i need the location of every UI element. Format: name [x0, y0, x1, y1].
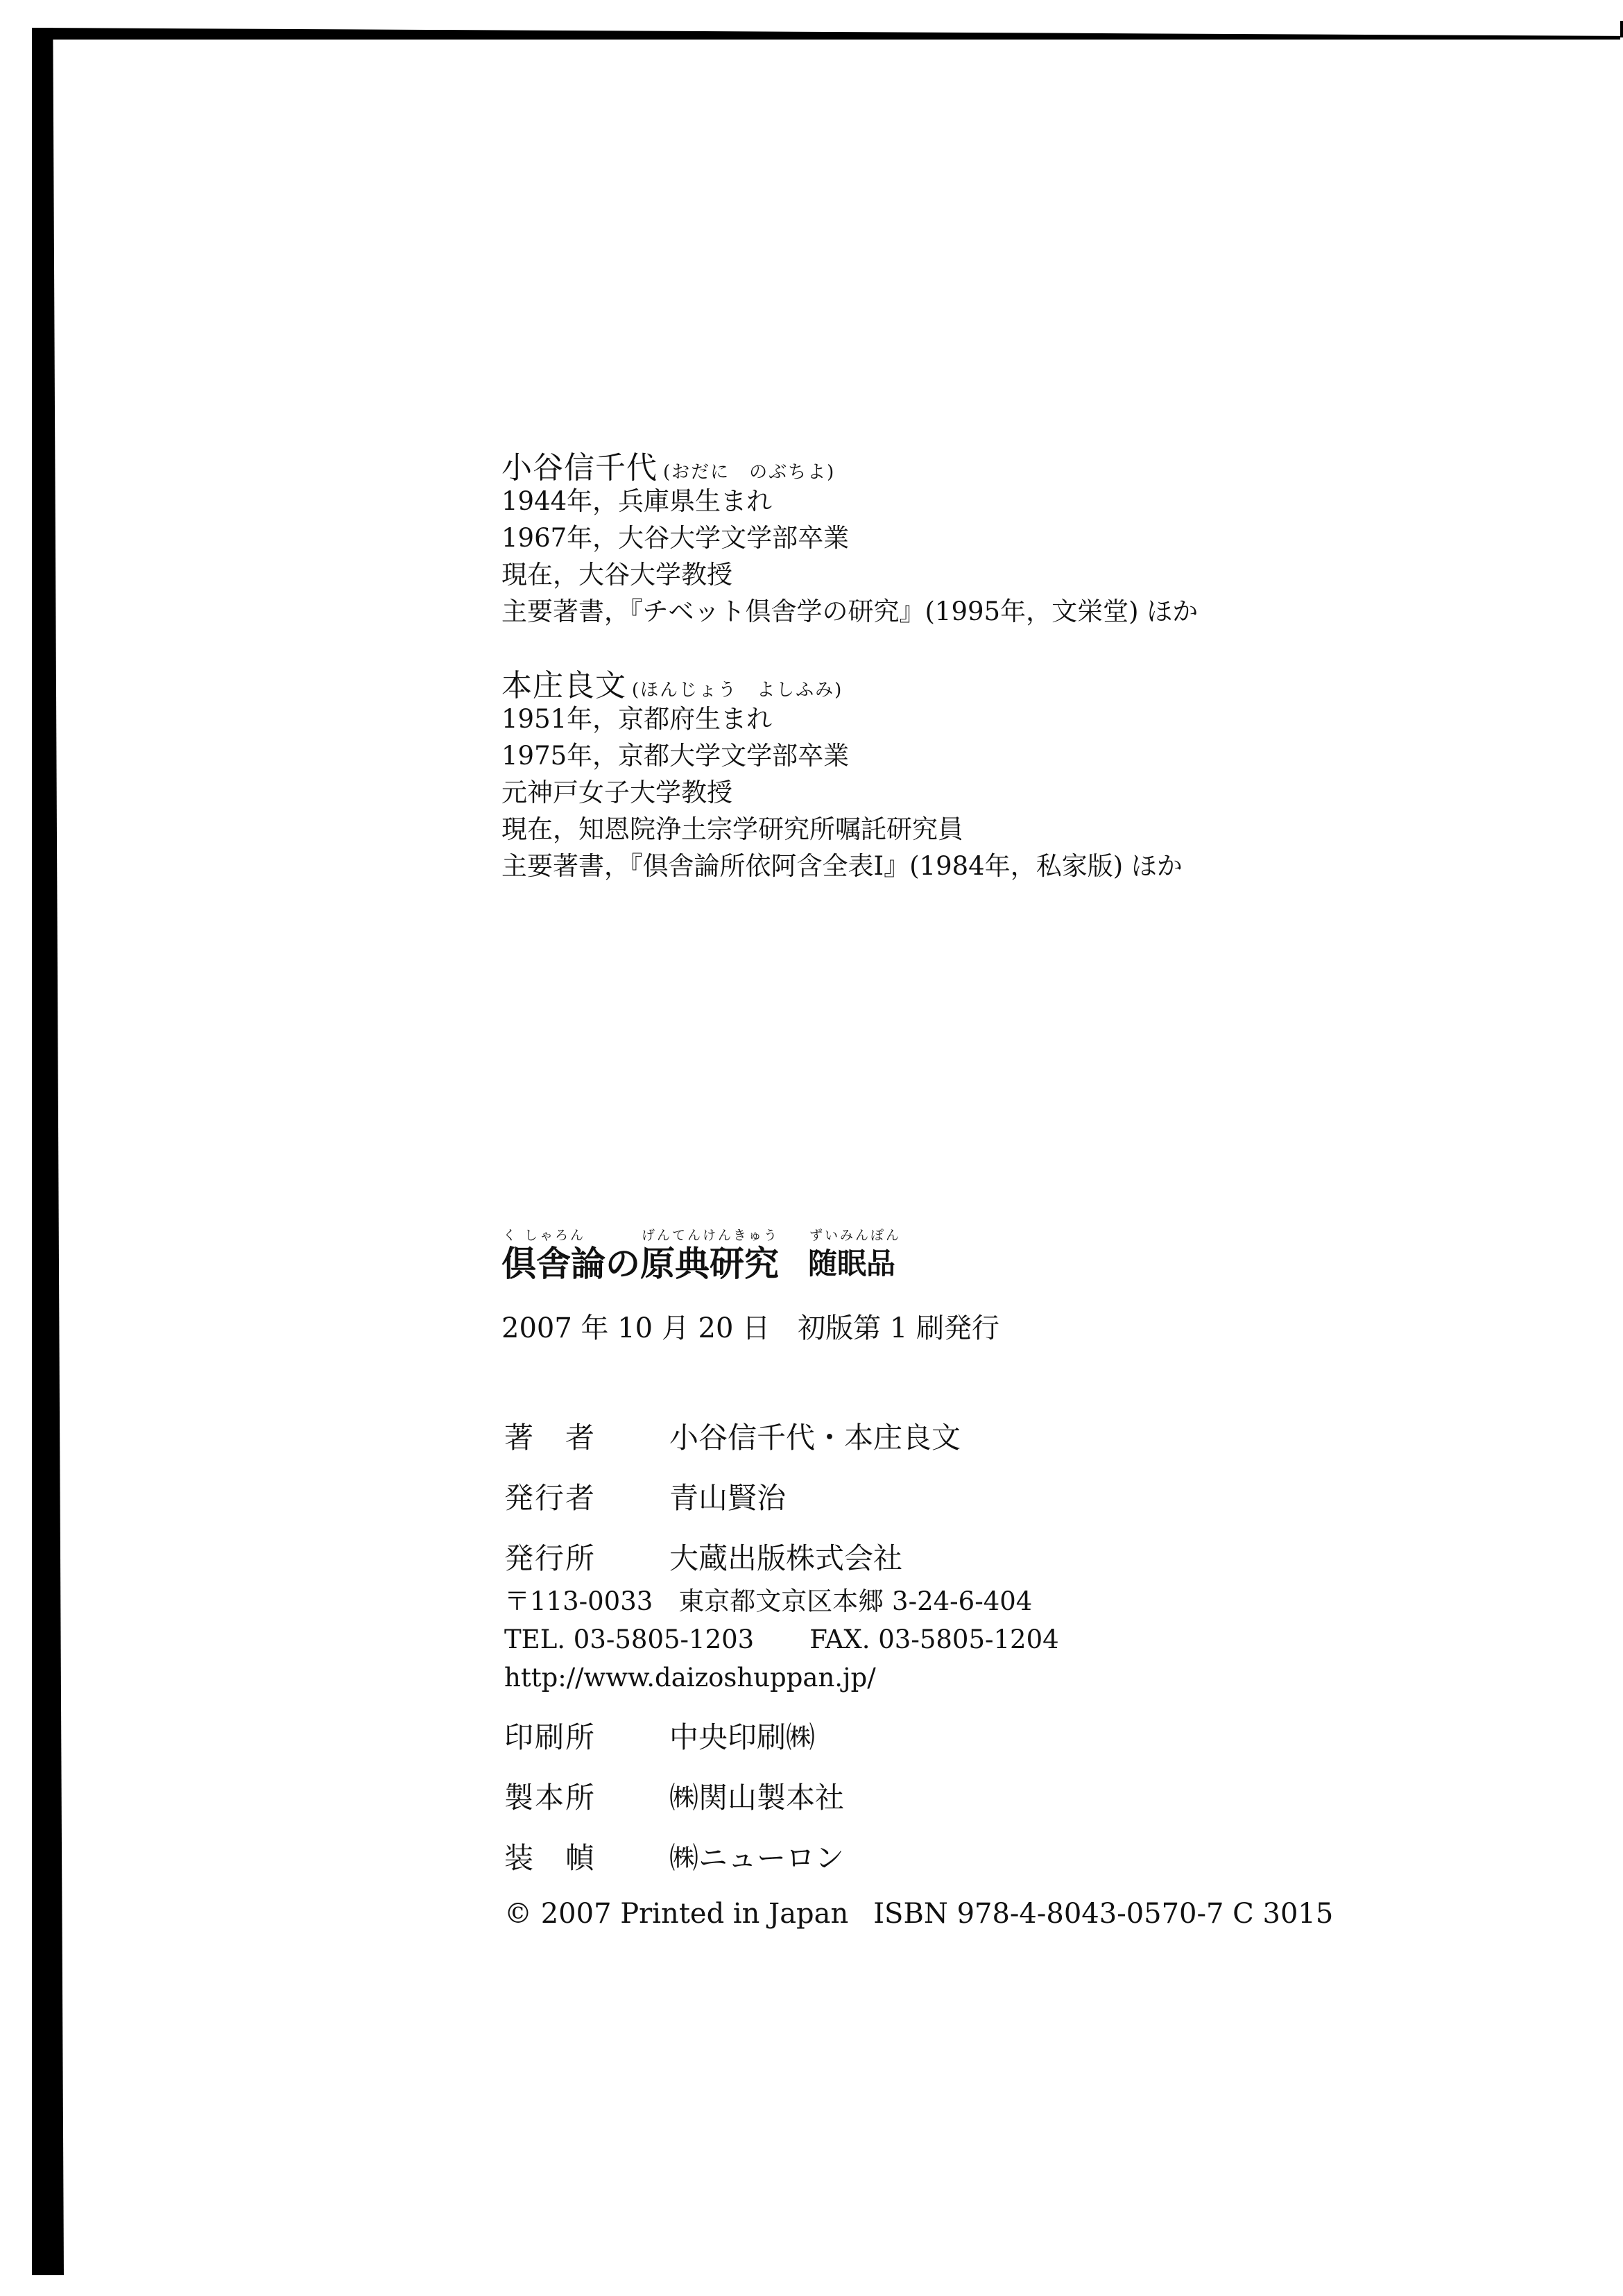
- copyright-isbn-line: © 2007 Printed in JapanISBN 978-4-8043-0…: [504, 1886, 1406, 1942]
- colophon-value: 中央印刷㈱: [669, 1715, 1406, 1756]
- book-title: く しゃろん 倶舎論 の げんてんけんきゅう 原典研究 ずいみんぽん 随眠品: [501, 1226, 901, 1283]
- bio-line: 現在，大谷大学教授: [501, 556, 1472, 593]
- author-bio-heading: 小谷信千代 (おだに のぶちよ): [501, 443, 1472, 483]
- bio-line: 主要著書，『チベット倶舎学の研究』(1995年，文栄堂) ほか: [501, 593, 1472, 630]
- book-subtitle: ずいみんぽん 随眠品: [808, 1226, 901, 1283]
- subtitle-text: 随眠品: [808, 1244, 895, 1283]
- colophon-label: 印刷所: [504, 1715, 669, 1756]
- bio-line: 元神戸女子大学教授: [501, 774, 1472, 811]
- bio-line: 主要著書，『倶舎論所依阿含全表Ⅰ』(1984年，私家版) ほか: [501, 848, 1472, 884]
- colophon-label: 製本所: [504, 1775, 669, 1817]
- scan-border-left: [32, 28, 64, 2275]
- publication-date: 2007 年 10 月 20 日 初版第 1 刷発行: [501, 1308, 999, 1348]
- bio-line: 1975年，京都大学文学部卒業: [501, 737, 1472, 774]
- scan-border-corner-mark: [1620, 21, 1623, 37]
- scan-border-top: [32, 28, 1620, 40]
- colophon-value: 大蔵出版株式会社: [669, 1536, 1406, 1577]
- colophon-label: 発行所: [504, 1536, 669, 1577]
- colophon-label: 発行者: [504, 1475, 669, 1517]
- author-name: 小谷信千代: [501, 443, 658, 487]
- colophon-value: 小谷信千代・本庄良文: [669, 1415, 1406, 1457]
- colophon-row-issuer: 発行者 青山賢治: [504, 1466, 1406, 1526]
- colophon-value: ㈱関山製本社: [669, 1775, 1406, 1817]
- bio-line: 1951年，京都府生まれ: [501, 701, 1472, 737]
- publisher-address: 〒113-0033 東京都文京区本郷 3-24-6-404: [504, 1582, 1406, 1620]
- author-name: 本庄良文: [501, 660, 626, 705]
- bio-line: 1967年，大谷大学文学部卒業: [501, 520, 1472, 556]
- colophon-row-author: 著 者 小谷信千代・本庄良文: [504, 1405, 1406, 1466]
- author-bio-honjo: 本庄良文 (ほんじょう よしふみ) 1951年，京都府生まれ 1975年，京都大…: [501, 660, 1472, 884]
- colophon-row-binder: 製本所 ㈱関山製本社: [504, 1765, 1406, 1826]
- bio-line: 1944年，兵庫県生まれ: [501, 483, 1472, 520]
- title-ruby: げんてんけんきゅう: [640, 1226, 779, 1244]
- colophon-row-printer: 印刷所 中央印刷㈱: [504, 1705, 1406, 1765]
- colophon-table: 著 者 小谷信千代・本庄良文 発行者 青山賢治 発行所 大蔵出版株式会社 〒11…: [504, 1405, 1406, 1942]
- author-bio-lines: 1944年，兵庫県生まれ 1967年，大谷大学文学部卒業 現在，大谷大学教授 主…: [501, 483, 1472, 630]
- colophon-row-publisher: 発行所 大蔵出版株式会社: [504, 1526, 1406, 1586]
- author-bio-odani: 小谷信千代 (おだに のぶちよ) 1944年，兵庫県生まれ 1967年，大谷大学…: [501, 443, 1472, 630]
- title-segment: く しゃろん 倶舎論: [501, 1226, 606, 1283]
- subtitle-ruby: ずいみんぽん: [808, 1226, 901, 1244]
- author-bio-lines: 1951年，京都府生まれ 1975年，京都大学文学部卒業 元神戸女子大学教授 現…: [501, 701, 1472, 884]
- publisher-fax: FAX. 03-5805-1204: [809, 1625, 1058, 1654]
- colophon-value: 青山賢治: [669, 1475, 1406, 1517]
- author-name-reading: (おだに のぶちよ): [663, 458, 835, 483]
- isbn: ISBN 978-4-8043-0570-7 C 3015: [873, 1898, 1333, 1930]
- title-text: 原典研究: [640, 1244, 779, 1283]
- book-title-block: く しゃろん 倶舎論 の げんてんけんきゅう 原典研究 ずいみんぽん 随眠品: [501, 1226, 901, 1283]
- colophon-label: 著 者: [504, 1415, 669, 1457]
- title-segment: げんてんけんきゅう 原典研究: [640, 1226, 779, 1283]
- publisher-contact: 〒113-0033 東京都文京区本郷 3-24-6-404 TEL. 03-58…: [504, 1582, 1406, 1697]
- colophon-label: 装 幀: [504, 1835, 669, 1877]
- copyright-notice: © 2007 Printed in Japan: [504, 1898, 848, 1930]
- publisher-phone-fax: TEL. 03-5805-1203FAX. 03-5805-1204: [504, 1620, 1406, 1659]
- title-text: の: [606, 1244, 640, 1283]
- publisher-tel: TEL. 03-5805-1203: [504, 1625, 754, 1654]
- title-ruby: く しゃろん: [501, 1226, 585, 1244]
- title-text: 倶舎論: [501, 1244, 606, 1283]
- title-segment: の: [606, 1244, 640, 1283]
- author-name-reading: (ほんじょう よしふみ): [632, 676, 843, 701]
- colophon-row-design: 装 幀 ㈱ニューロン: [504, 1826, 1406, 1886]
- author-bio-heading: 本庄良文 (ほんじょう よしふみ): [501, 660, 1472, 701]
- publisher-url: http://www.daizoshuppan.jp/: [504, 1659, 1406, 1697]
- bio-line: 現在，知恩院浄土宗学研究所嘱託研究員: [501, 811, 1472, 848]
- colophon-value: ㈱ニューロン: [669, 1835, 1406, 1877]
